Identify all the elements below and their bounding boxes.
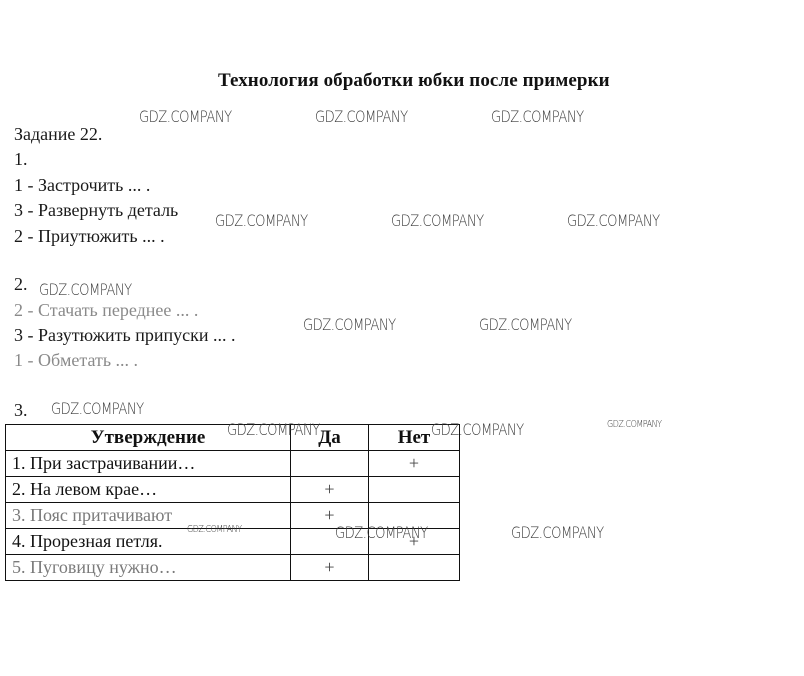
watermark: GDZ.COMPANY: [139, 107, 232, 126]
watermark: GDZ.COMPANY: [303, 315, 396, 334]
watermark: GDZ.COMPANY: [315, 107, 408, 126]
section-2-item: 1 - Обметать ... .: [14, 348, 138, 372]
watermark: GDZ.COMPANY: [607, 419, 662, 430]
watermark: GDZ.COMPANY: [431, 420, 524, 439]
section-1-item: 3 - Развернуть деталь: [14, 198, 178, 222]
section-1-item: 2 - Приутюжить ... .: [14, 224, 165, 248]
section-1-item: 1 - Застрочить ... .: [14, 173, 150, 197]
section-2-item: 2 - Стачать переднее ... .: [14, 298, 198, 322]
no-cell: [369, 555, 460, 581]
watermark: GDZ.COMPANY: [335, 523, 428, 542]
section-2-number: 2.: [14, 272, 28, 296]
watermark: GDZ.COMPANY: [39, 280, 132, 299]
watermark: GDZ.COMPANY: [227, 420, 320, 439]
statement-cell: 5. Пуговицу нужно…: [6, 555, 291, 581]
yes-cell: [291, 451, 369, 477]
statement-cell: 3. Пояс притачивают: [6, 503, 291, 529]
yes-cell: +: [291, 477, 369, 503]
watermark: GDZ.COMPANY: [491, 107, 584, 126]
statement-cell: 1. При застрачивании…: [6, 451, 291, 477]
statement-cell: 2. На левом крае…: [6, 477, 291, 503]
watermark: GDZ.COMPANY: [479, 315, 572, 334]
page-title: Технология обработки юбки после примерки: [218, 70, 610, 92]
watermark: GDZ.COMPANY: [187, 524, 242, 535]
task-label: Задание 22.: [14, 122, 102, 146]
no-cell: +: [369, 451, 460, 477]
watermark: GDZ.COMPANY: [511, 523, 604, 542]
answers-table: Утверждение Да Нет 1. При застрачивании……: [5, 424, 460, 581]
watermark: GDZ.COMPANY: [391, 211, 484, 230]
table-row: 1. При застрачивании… +: [6, 451, 460, 477]
section-2-item: 3 - Разутюжить припуски ... .: [14, 323, 236, 347]
statement-cell: 4. Прорезная петля.: [6, 529, 291, 555]
table-row: 5. Пуговицу нужно… +: [6, 555, 460, 581]
no-cell: [369, 477, 460, 503]
section-1-number: 1.: [14, 147, 28, 171]
watermark: GDZ.COMPANY: [567, 211, 660, 230]
watermark: GDZ.COMPANY: [215, 211, 308, 230]
watermark: GDZ.COMPANY: [51, 399, 144, 418]
yes-cell: +: [291, 555, 369, 581]
section-3-number: 3.: [14, 398, 28, 422]
table-row: 2. На левом крае… +: [6, 477, 460, 503]
